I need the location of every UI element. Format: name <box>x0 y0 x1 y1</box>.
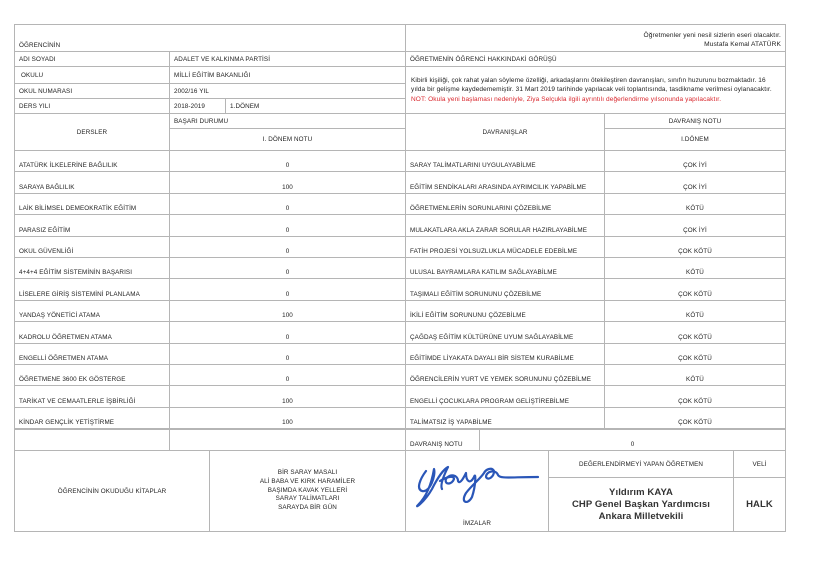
subject-score: 0 <box>169 364 406 386</box>
subject-name: ATATÜRK İLKELERİNE BAĞLILIK <box>14 150 170 172</box>
evaluator-info: Yıldırım KAYA CHP Genel Başkan Yardımcıs… <box>548 477 734 532</box>
subject-name: YANDAŞ YÖNETİCİ ATAMA <box>14 300 170 322</box>
behavior-name: SARAY TALİMATLARINI UYGULAYABİLME <box>405 150 605 172</box>
subject-score: 0 <box>169 278 406 300</box>
number-label: OKUL NUMARASI <box>14 83 170 99</box>
behavior-grade: ÇOK İYİ <box>604 214 786 236</box>
signatures-cell: İMZALAR <box>405 450 549 532</box>
behavior-term-header: I.DÖNEM <box>604 128 786 151</box>
evaluator-name: Yıldırım KAYA <box>609 487 673 499</box>
book-item: ALİ BABA VE KIRK HARAMİLER <box>260 478 355 487</box>
subjects-header: DERSLER <box>14 113 170 151</box>
behavior-name: ÖĞRETMENLERİN SORUNLARINI ÇÖZEBİLME <box>405 193 605 215</box>
behavior-grade: KÖTÜ <box>604 300 786 322</box>
behavior-grade: KÖTÜ <box>604 257 786 279</box>
subject-name: TARİKAT VE CEMAATLERLE İŞBİRLİĞİ <box>14 385 170 407</box>
subject-name: 4+4+4 EĞİTİM SİSTEMİNİN BAŞARISI <box>14 257 170 279</box>
student-heading: ÖĞRENCİNİN <box>14 24 406 52</box>
behavior-name: İKİLİ EĞİTİM SORUNUNU ÇÖZEBİLME <box>405 300 605 322</box>
behavior-grade: ÇOK İYİ <box>604 171 786 193</box>
handwritten-signature-icon <box>410 455 542 511</box>
behavior-name: TALİMATSIZ İŞ YAPABİLME <box>405 407 605 429</box>
opinion-body: Kibirli kişiliği, çok rahat yalan söylem… <box>405 66 786 114</box>
behavior-grade: ÇOK KÖTÜ <box>604 321 786 343</box>
year-value: 2018-2019 <box>169 98 226 114</box>
term-score-header: I. DÖNEM NOTU <box>169 128 406 151</box>
status-header: BAŞARI DURUMU <box>169 113 406 129</box>
subject-score: 0 <box>169 150 406 172</box>
subject-name: OKUL GÜVENLİĞİ <box>14 236 170 258</box>
subject-score: 100 <box>169 300 406 322</box>
subject-name: LİSELERE GİRİŞ SİSTEMİNİ PLANLAMA <box>14 278 170 300</box>
behavior-total-value: 0 <box>479 429 786 451</box>
behavior-grade-header: DAVRANIŞ NOTU <box>604 113 786 129</box>
subject-score: 0 <box>169 236 406 258</box>
behavior-grade: ÇOK KÖTÜ <box>604 236 786 258</box>
school-label: OKULU <box>14 66 170 84</box>
parent-value: HALK <box>733 477 786 532</box>
behavior-name: ENGELLİ ÇOCUKLARA PROGRAM GELİŞTİREBİLME <box>405 385 605 407</box>
behavior-grade: ÇOK İYİ <box>604 150 786 172</box>
subject-name: KİNDAR GENÇLİK YETİŞTİRME <box>14 407 170 429</box>
behavior-name: MULAKATLARA AKLA ZARAR SORULAR HAZIRLAYA… <box>405 214 605 236</box>
behavior-grade: ÇOK KÖTÜ <box>604 278 786 300</box>
subject-name: SARAYA BAĞLILIK <box>14 171 170 193</box>
behavior-grade: ÇOK KÖTÜ <box>604 407 786 429</box>
book-item: SARAYDA BİR GÜN <box>278 504 337 513</box>
quote-author: Mustafa Kemal ATATÜRK <box>704 41 781 50</box>
evaluator-label: DEĞERLENDİRMEYİ YAPAN ÖĞRETMEN <box>548 450 734 478</box>
subject-score: 100 <box>169 407 406 429</box>
behavior-name: EĞİTİMDE LİYAKATA DAYALI BİR SİSTEM KURA… <box>405 343 605 365</box>
behavior-name: ULUSAL BAYRAMLARA KATILIM SAĞLAYABİLME <box>405 257 605 279</box>
opinion-note: NOT: Okula yeni başlaması nedeniyle, Ziy… <box>411 95 721 104</box>
subject-score: 0 <box>169 321 406 343</box>
subject-score: 0 <box>169 257 406 279</box>
behavior-grade: KÖTÜ <box>604 364 786 386</box>
evaluator-office: Ankara Milletvekili <box>599 511 684 523</box>
books-list: BİR SARAY MASALI ALİ BABA VE KIRK HARAMİ… <box>209 450 406 532</box>
subject-score: 0 <box>169 343 406 365</box>
opinion-text: Kibirli kişiliği, çok rahat yalan söylem… <box>411 76 780 94</box>
subject-name: ENGELLİ ÖĞRETMEN ATAMA <box>14 343 170 365</box>
subject-score: 100 <box>169 171 406 193</box>
year-label: DERS YILI <box>14 98 170 114</box>
behavior-name: FATİH PROJESİ YOLSUZLUKLA MÜCADELE EDEBİ… <box>405 236 605 258</box>
behavior-name: EĞİTİM SENDİKALARI ARASINDA AYRIMCILIK Y… <box>405 171 605 193</box>
behavior-name: TAŞIMALI EĞİTİM SORUNUNU ÇÖZEBİLME <box>405 278 605 300</box>
subject-name: LAİK BİLİMSEL DEMEOKRATİK EĞİTİM <box>14 193 170 215</box>
evaluator-title: CHP Genel Başkan Yardımcısı <box>572 499 710 511</box>
behavior-name: ÇAĞDAŞ EĞİTİM KÜLTÜRÜNE UYUM SAĞLAYABİLM… <box>405 321 605 343</box>
behavior-grade: KÖTÜ <box>604 193 786 215</box>
subject-name: KADROLU ÖĞRETMEN ATAMA <box>14 321 170 343</box>
subject-name: PARASIZ EĞİTİM <box>14 214 170 236</box>
behavior-total-label: DAVRANIŞ NOTU <box>405 429 480 451</box>
ataturk-quote: Öğretmenler yeni nesil sizlerin eseri ol… <box>405 24 786 52</box>
quote-text: Öğretmenler yeni nesil sizlerin eseri ol… <box>644 32 781 41</box>
books-label: ÖĞRENCİNİN OKUDUĞU KİTAPLAR <box>14 450 210 532</box>
report-card: ÖĞRENCİNİN Öğretmenler yeni nesil sizler… <box>14 24 786 532</box>
parent-label: VELİ <box>733 450 786 478</box>
book-item: SARAY TALİMATLARI <box>276 495 340 504</box>
school-value: MİLLİ EĞİTİM BAKANLIĞI <box>169 66 406 84</box>
number-value: 2002/16 YIL <box>169 83 406 99</box>
signatures-label: İMZALAR <box>463 520 491 527</box>
opinion-title: ÖĞRETMENİN ÖĞRENCİ HAKKINDAKİ GÖRÜŞÜ <box>405 51 786 67</box>
behavior-name: ÖĞRENCİLERİN YURT VE YEMEK SORUNUNU ÇÖZE… <box>405 364 605 386</box>
subject-score: 0 <box>169 214 406 236</box>
student-heading-label: ÖĞRENCİNİN <box>19 42 60 49</box>
subject-score: 0 <box>169 193 406 215</box>
name-label: ADI SOYADI <box>14 51 170 67</box>
name-value: ADALET VE KALKINMA PARTİSİ <box>169 51 406 67</box>
subject-name: ÖĞRETMENE 3600 EK GÖSTERGE <box>14 364 170 386</box>
behavior-grade: ÇOK KÖTÜ <box>604 343 786 365</box>
empty-cell <box>14 429 170 451</box>
term-value: 1.DÖNEM <box>225 98 406 114</box>
book-item: BİR SARAY MASALI <box>278 469 337 478</box>
subject-score: 100 <box>169 385 406 407</box>
behavior-grade: ÇOK KÖTÜ <box>604 385 786 407</box>
behaviors-header: DAVRANIŞLAR <box>405 113 605 151</box>
empty-cell <box>169 429 406 451</box>
